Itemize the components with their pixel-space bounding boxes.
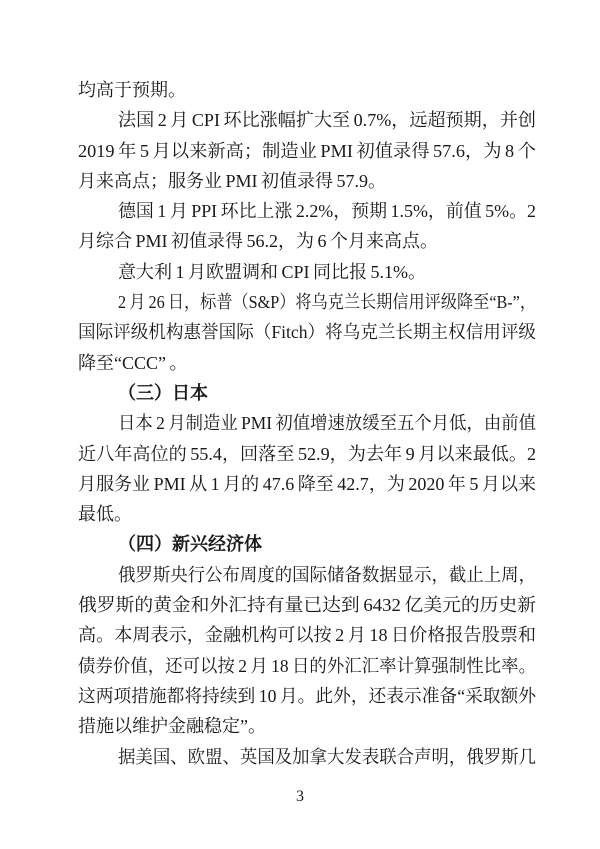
text-line: 这两项措施都将持续到 10 月。此外，还表示准备“采取额外 [78, 681, 536, 711]
document-page: 均高于预期。法国 2 月 CPI 环比涨幅扩大至 0.7%，远超预期，并创201… [0, 0, 600, 849]
text-line: 法国 2 月 CPI 环比涨幅扩大至 0.7%，远超预期，并创 [78, 105, 536, 135]
text-run: 2019 年 5 月以来新高；制造业 PMI 初值录得 57.6，为 8 个 [78, 136, 536, 166]
text-line: 据美国、欧盟、英国及加拿大发表联合声明，俄罗斯几 [78, 742, 536, 772]
paragraph: 法国 2 月 CPI 环比涨幅扩大至 0.7%，远超预期，并创2019 年 5 … [78, 105, 536, 196]
paragraph: 意大利 1 月欧盟调和 CPI 同比报 5.1%。 [78, 257, 536, 287]
text-run: 月服务业 PMI 从 1 月的 47.6 降至 42.7，为 2020 年 5 … [78, 469, 536, 499]
text-line: 意大利 1 月欧盟调和 CPI 同比报 5.1%。 [78, 257, 536, 287]
text-line: 近八年高位的 55.4，回落至 52.9，为去年 9 月以来最低。2 [78, 439, 536, 469]
text-run: 措施以维护金融稳定”。 [78, 711, 266, 741]
text-run: 月来高点；服务业 PMI 初值录得 57.9。 [78, 166, 386, 196]
text-run: 最低。 [78, 499, 132, 529]
text-run: 月综合 PMI 初值录得 56.2，为 6 个月来高点。 [78, 226, 438, 256]
text-line: （三）日本 [78, 378, 536, 408]
text-line: 高。本周表示，金融机构可以按 2 月 18 日价格报告股票和 [78, 620, 536, 650]
text-run: 债券价值，还可以按 2 月 18 日的外汇汇率计算强制性比率。 [78, 651, 536, 681]
page-footer: 3 [0, 787, 600, 807]
text-line: 月来高点；服务业 PMI 初值录得 57.9。 [78, 166, 536, 196]
text-line: 债券价值，还可以按 2 月 18 日的外汇汇率计算强制性比率。 [78, 651, 536, 681]
text-line: 2 月 26 日，标普（S&P）将乌克兰长期信用评级降至“B-”， [78, 287, 536, 317]
text-run: 俄罗斯的黄金和外汇持有量已达到 6432 亿美元的历史新 [78, 590, 536, 620]
text-line: 俄罗斯央行公布周度的国际储备数据显示，截止上周， [78, 560, 536, 590]
text-line: 德国 1 月 PPI 环比上涨 2.2%，预期 1.5%，前值 5%。2 [78, 196, 536, 226]
paragraph: 德国 1 月 PPI 环比上涨 2.2%，预期 1.5%，前值 5%。2月综合 … [78, 196, 536, 257]
text-run: 据美国、欧盟、英国及加拿大发表联合声明，俄罗斯几 [118, 742, 536, 772]
text-run: 意大利 1 月欧盟调和 CPI 同比报 5.1%。 [118, 257, 426, 287]
text-run: 2 月 26 日，标普（S&P）将乌克兰长期信用评级降至“B-”， [118, 287, 536, 317]
text-line: 月服务业 PMI 从 1 月的 47.6 降至 42.7，为 2020 年 5 … [78, 469, 536, 499]
paragraph: 据美国、欧盟、英国及加拿大发表联合声明，俄罗斯几 [78, 742, 536, 772]
paragraph: 俄罗斯央行公布周度的国际储备数据显示，截止上周，俄罗斯的黄金和外汇持有量已达到 … [78, 560, 536, 742]
text-run: 高。本周表示，金融机构可以按 2 月 18 日价格报告股票和 [78, 620, 536, 650]
page-number: 3 [296, 788, 304, 805]
text-line: 日本 2 月制造业 PMI 初值增速放缓至五个月低，由前值 [78, 408, 536, 438]
paragraph: 均高于预期。 [78, 75, 536, 105]
text-line: 最低。 [78, 499, 536, 529]
text-run: 均高于预期。 [78, 75, 186, 105]
paragraph: 日本 2 月制造业 PMI 初值增速放缓至五个月低，由前值近八年高位的 55.4… [78, 408, 536, 529]
paragraph: 2 月 26 日，标普（S&P）将乌克兰长期信用评级降至“B-”，国际评级机构惠… [78, 287, 536, 378]
text-line: （四）新兴经济体 [78, 529, 536, 559]
text-run: 法国 2 月 CPI 环比涨幅扩大至 0.7%，远超预期，并创 [118, 105, 536, 135]
text-run: 国际评级机构惠誉国际（Fitch）将乌克兰长期主权信用评级 [78, 317, 536, 347]
document-body: 均高于预期。法国 2 月 CPI 环比涨幅扩大至 0.7%，远超预期，并创201… [78, 75, 536, 772]
text-line: 俄罗斯的黄金和外汇持有量已达到 6432 亿美元的历史新 [78, 590, 536, 620]
text-line: 降至“CCC” 。 [78, 348, 536, 378]
text-run: 降至“CCC” 。 [78, 348, 188, 378]
text-line: 2019 年 5 月以来新高；制造业 PMI 初值录得 57.6，为 8 个 [78, 136, 536, 166]
text-run: （三）日本 [118, 378, 208, 408]
text-run: 日本 2 月制造业 PMI 初值增速放缓至五个月低，由前值 [118, 408, 536, 438]
section-heading: （四）新兴经济体 [78, 529, 536, 559]
text-run: 德国 1 月 PPI 环比上涨 2.2%，预期 1.5%，前值 5%。2 [118, 196, 536, 226]
text-line: 均高于预期。 [78, 75, 536, 105]
text-run: （四）新兴经济体 [118, 529, 262, 559]
text-run: 这两项措施都将持续到 10 月。此外，还表示准备“采取额外 [78, 681, 536, 711]
text-run: 近八年高位的 55.4，回落至 52.9，为去年 9 月以来最低。2 [78, 439, 536, 469]
section-heading: （三）日本 [78, 378, 536, 408]
text-line: 月综合 PMI 初值录得 56.2，为 6 个月来高点。 [78, 226, 536, 256]
text-line: 措施以维护金融稳定”。 [78, 711, 536, 741]
text-run: 俄罗斯央行公布周度的国际储备数据显示，截止上周， [118, 560, 536, 590]
text-line: 国际评级机构惠誉国际（Fitch）将乌克兰长期主权信用评级 [78, 317, 536, 347]
